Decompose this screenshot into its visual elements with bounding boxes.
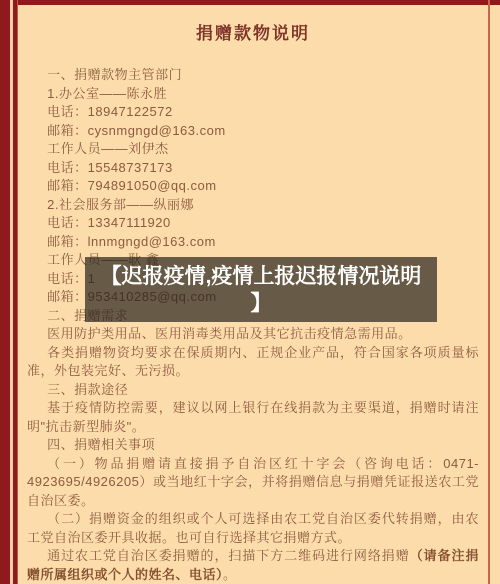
watermark-text-line1: 【迟报疫情,疫情上报迟报情况说明 [85,263,437,290]
contact-email: 邮箱：lnnmgngd@163.com [27,233,479,252]
paragraph: 医用防护类用品、医用消毒类用品及其它抗击疫情急需用品。 [27,325,479,344]
left-red-frame [0,0,17,584]
section-4-heading: 四、捐赠相关事项 [27,436,479,455]
paragraph: （一）物品捐赠请直接捐予自治区红十字会（咨询电话：0471-4923695/49… [27,455,479,511]
paragraph: （二）捐赠资金的组织或个人可选择由农工党自治区委代转捐赠，由农工党自治区委开具收… [27,510,479,547]
contact-dept: 2.社会服务部——纵丽娜 [27,196,479,215]
paragraph: 各类捐赠物资均要求在保质期内、正规企业产品，符合国家各项质量标准，外包装完好、无… [27,344,479,381]
paragraph: 通过农工党自治区委捐赠的，扫描下方二维码进行网络捐赠（请备注捐赠所属组织或个人的… [27,547,479,584]
section-3-heading: 三、捐款途径 [27,381,479,400]
watermark-text-line2: 】 [85,290,437,317]
left-frame-stripe [10,0,13,584]
contact-email: 邮箱：794891050@qq.com [27,177,479,196]
contact-office: 1.办公室——陈永胜 [27,85,479,104]
paragraph: 基于疫情防控需要，建议以网上银行在线捐款为主要渠道，捐赠时请注明"抗击新型肺炎"… [27,399,479,436]
contact-phone: 电话：13347111920 [27,214,479,233]
contact-email: 邮箱：cysnmgngd@163.com [27,122,479,141]
contact-phone: 电话：15548737173 [27,159,479,178]
contact-staff: 工作人员——刘伊杰 [27,140,479,159]
contact-phone: 电话：18947122572 [27,103,479,122]
document-body: 一、捐赠款物主管部门1.办公室——陈永胜电话：18947122572邮箱：cys… [27,66,479,584]
notice-title: 捐赠款物说明 [27,19,479,44]
page: { "title": "捐赠款物说明", "colors": { "frame_… [0,0,500,584]
panel-right-border [488,0,490,584]
section-1-heading: 一、捐赠款物主管部门 [27,66,479,85]
watermark-overlay: 【迟报疫情,疫情上报迟报情况说明 】 [85,257,437,322]
